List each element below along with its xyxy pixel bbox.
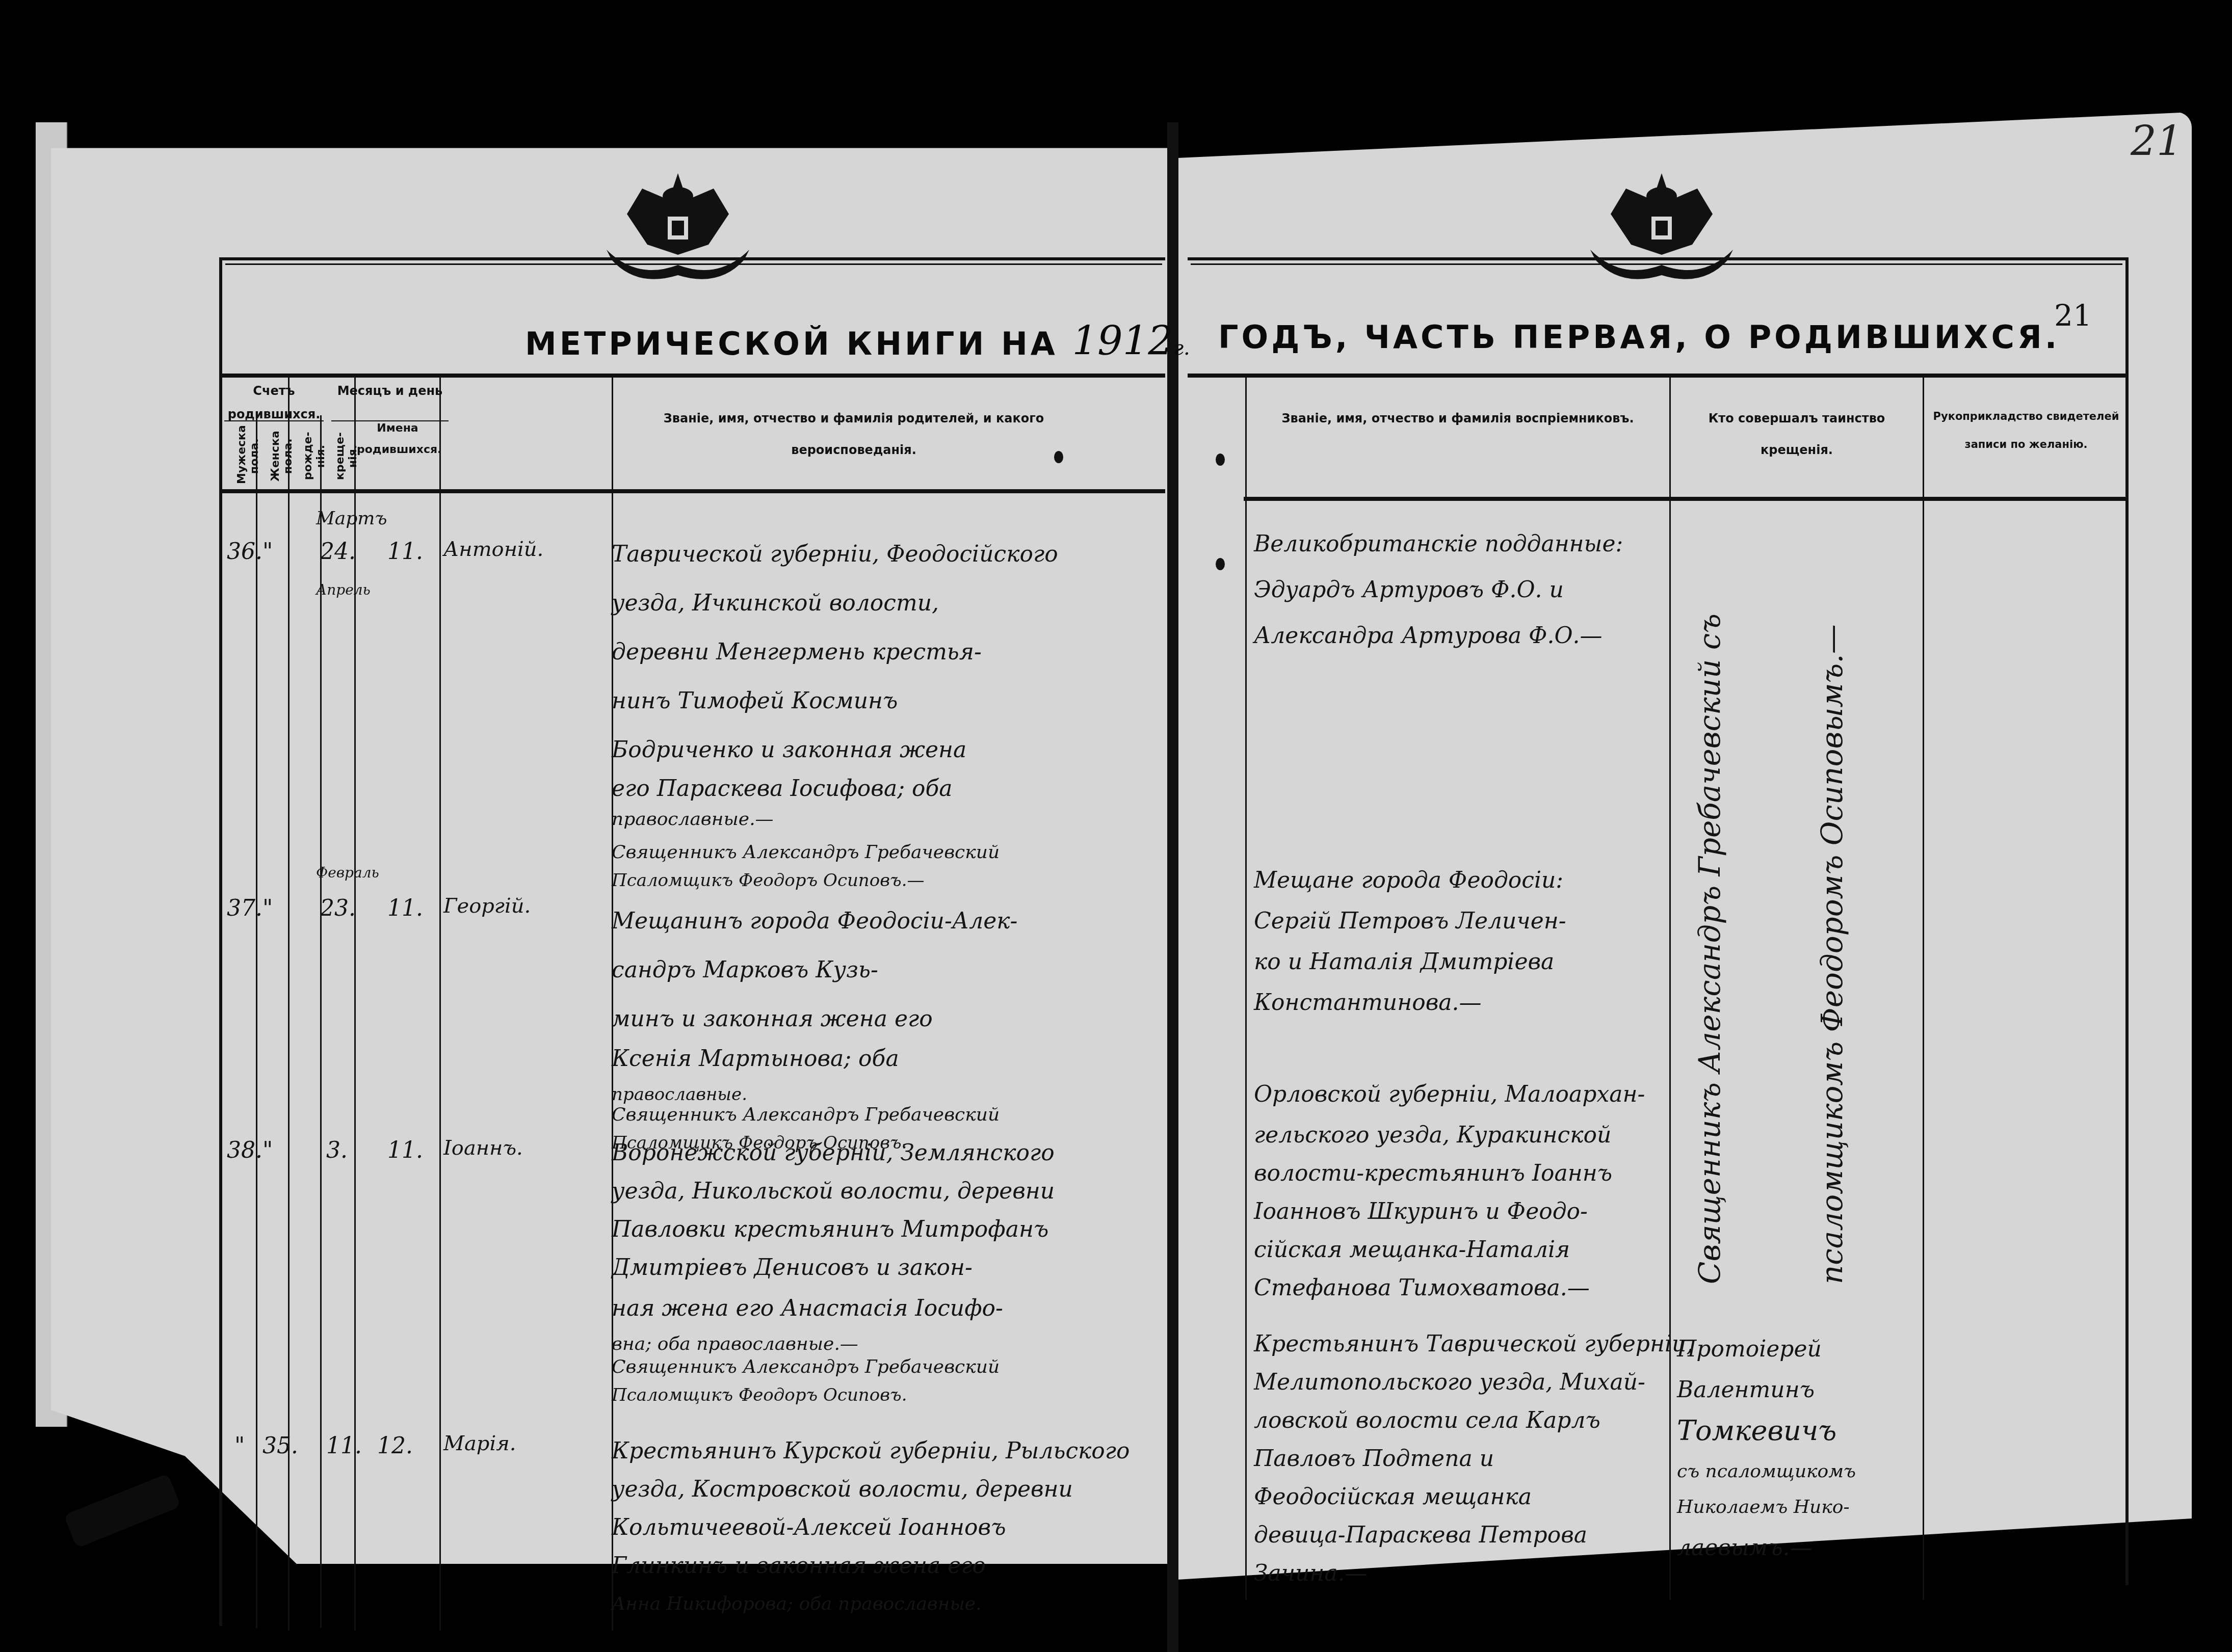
entry-36-month-baptism: Апрель: [316, 566, 371, 615]
godparents-line: Константинова.—: [1254, 978, 1481, 1027]
parents-line: сандръ Марковъ Кузь-: [612, 946, 878, 995]
parents-line: нинъ Тимофей Косминъ: [612, 677, 898, 726]
godparents-line: Стефанова Тимохватова.—: [1254, 1264, 1590, 1313]
folio-number: 21: [2131, 117, 2183, 165]
entry-37-name: Георгій.: [443, 882, 531, 930]
officiant-line: лаевымъ.—: [1677, 1524, 1813, 1573]
entry-35-name: Марія.: [443, 1419, 516, 1468]
entry-38-female-no: ": [262, 1126, 273, 1175]
entry-37-female-no: ": [262, 884, 273, 933]
column-divider: [439, 377, 441, 1631]
header-parents: Званіе, имя, отчество и фамилія родителе…: [617, 403, 1091, 466]
title-left-text: МЕТРИЧЕСКОЙ КНИГИ НА: [525, 325, 1058, 362]
header-date-group: Месяцъ и день: [331, 380, 449, 403]
binding-hole: [1216, 558, 1225, 570]
printed-page-number: 21: [2054, 298, 2092, 333]
title-year: 1912: [1072, 318, 1173, 364]
entry-38-name: Іоаннъ.: [443, 1124, 523, 1173]
entry-36-male-no: 36.: [227, 527, 262, 576]
header-bottom-rule: [1244, 497, 2125, 501]
godparents-line: Зачина.—: [1254, 1549, 1368, 1598]
header-baptism: креще-нія.: [334, 428, 359, 484]
entry-35-female-no: 35.: [262, 1422, 298, 1471]
column-divider: [1923, 377, 1924, 1600]
header-count-group: Счетъ родившихся.: [224, 380, 324, 426]
parents-line: Таврической губерніи, Феодосійского: [612, 530, 1058, 579]
parents-line: Мещанинъ города Феодосіи-Алек-: [612, 897, 1017, 946]
column-divider: [1669, 377, 1671, 1600]
header-officiant: Кто совершалъ таинство крещенія.: [1677, 403, 1916, 466]
header-male: Мужеска пола.: [235, 428, 261, 484]
entry-36-baptism-day: 11.: [387, 527, 423, 576]
entry-37-baptism-day: 11.: [387, 884, 423, 933]
header-birth: рожде-нія.: [302, 428, 327, 484]
parents-line: деревни Менгермень крестья-: [612, 628, 982, 677]
header-top-rule: [1188, 374, 2125, 378]
column-divider: [1245, 377, 1247, 1600]
entry-35-birth-day: 11.: [326, 1422, 362, 1471]
entry-38-birth-day: 3.: [326, 1126, 348, 1175]
column-divider: [256, 415, 257, 1628]
title-left: МЕТРИЧЕСКОЙ КНИГИ НА 1912г.: [525, 318, 1190, 364]
entry-38-male-no: 38.: [227, 1126, 262, 1175]
header-names: Имена родившихся.: [357, 418, 438, 461]
parents-line: Анна Никифорова; оба православные.: [612, 1580, 982, 1629]
entry-37-male-no: 37.: [227, 884, 262, 933]
godparents-line: Великобританскіе подданные:: [1254, 520, 1623, 569]
entry-38-clergy-2: Псаломщикъ Феодоръ Осиповъ.: [612, 1371, 907, 1420]
header-female: Женска пола.: [269, 428, 295, 484]
officiant-vertical-line-1: Священникъ Александръ Гребачевский съ: [1692, 489, 1727, 1284]
title-year-suffix: г.: [1173, 336, 1190, 360]
title-right: ГОДЪ, ЧАСТЬ ПЕРВАЯ, О РОДИВШИХСЯ.: [1218, 318, 2060, 356]
entry-38-baptism-day: 11.: [387, 1126, 423, 1175]
godparents-line: Александра Артурова Ф.О.—: [1254, 611, 1603, 660]
entry-35-male-no: ": [234, 1422, 245, 1471]
header-bottom-rule: [222, 489, 1165, 493]
header-top-rule: [222, 374, 1165, 378]
binding-hole: [1054, 451, 1063, 463]
entry-35-baptism-day: 12.: [377, 1422, 413, 1471]
entry-36-name: Антоній.: [443, 525, 543, 574]
header-godparents: Званіе, имя, отчество и фамилія воспріем…: [1259, 403, 1657, 434]
binder-clip: [64, 1473, 181, 1548]
parents-line: уезда, Ичкинской волости,: [612, 579, 939, 628]
entry-37-birth-day: 23.: [320, 884, 356, 933]
entry-36-female-no: ": [262, 527, 273, 576]
binding-hole: [1216, 454, 1225, 466]
officiant-vertical-line-2: псаломщикомъ Феодоромъ Осиповымъ.—: [1815, 489, 1849, 1284]
godparents-line: Эдуардъ Артуровъ Ф.О. и: [1254, 566, 1564, 615]
header-witnesses: Рукоприкладство свидетелей записи по жел…: [1929, 403, 2123, 458]
